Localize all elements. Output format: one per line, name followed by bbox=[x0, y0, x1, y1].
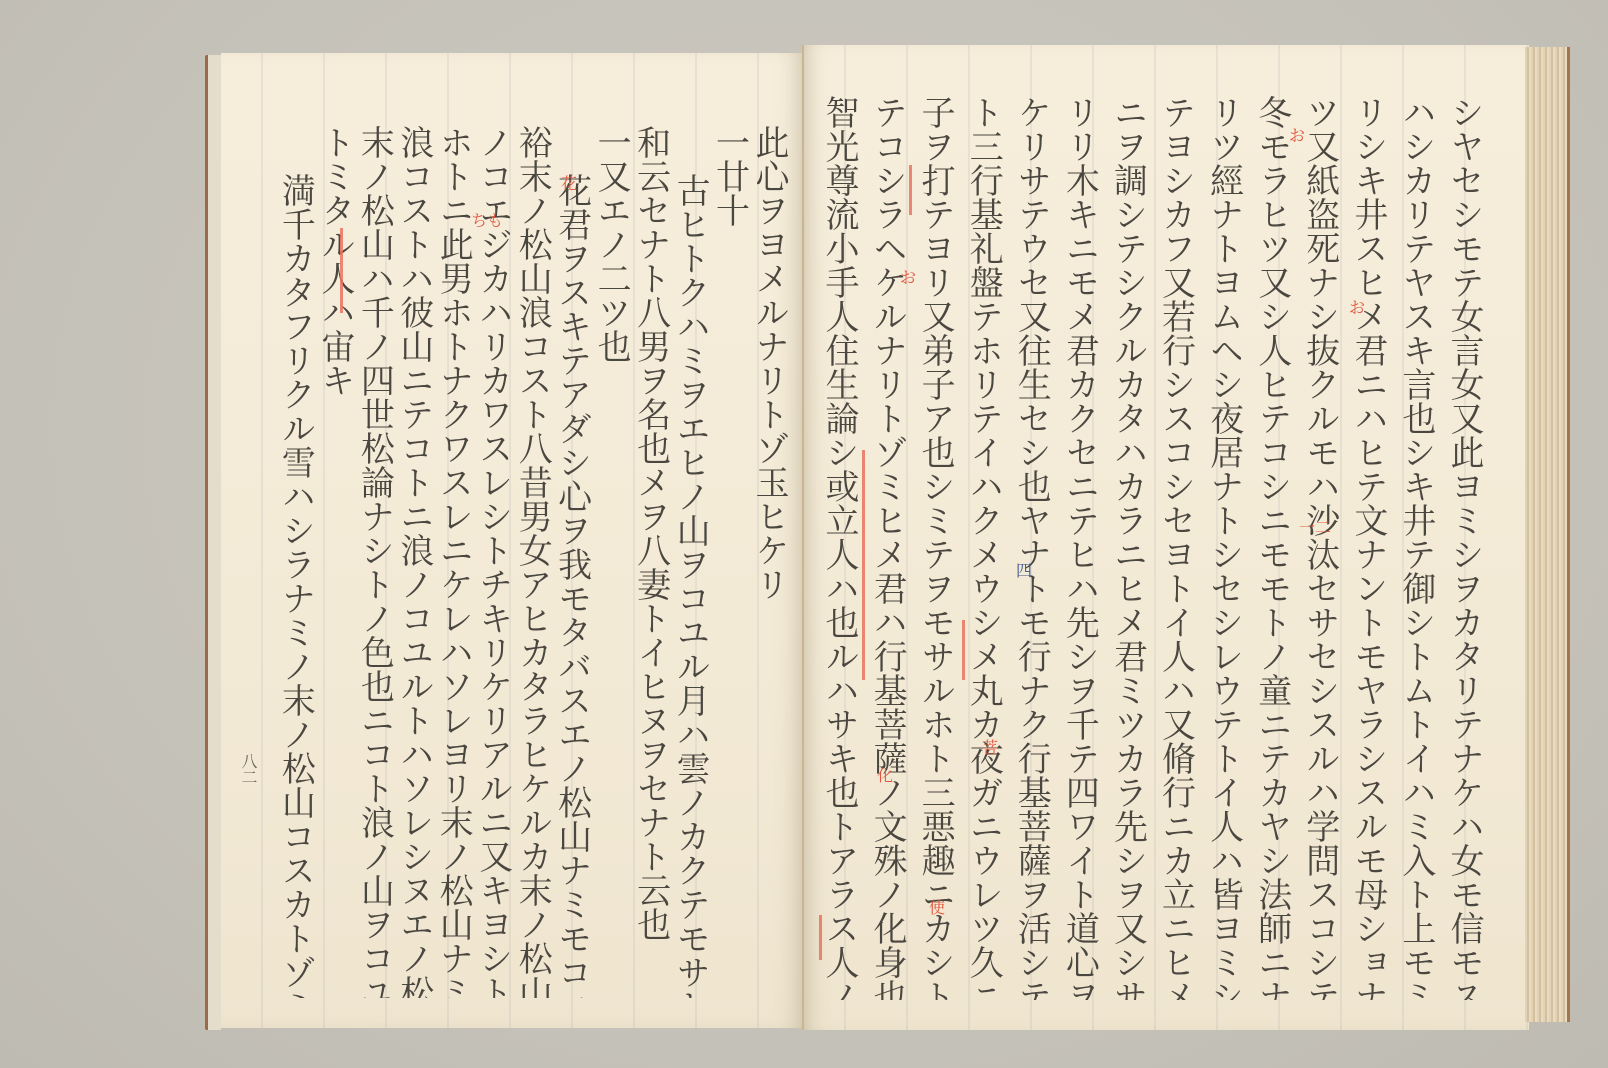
text-column: 花君ヲスキテアダシ心ヲ我モタバスエノ松山ナミモコエナム bbox=[557, 113, 596, 998]
red-sideline bbox=[340, 228, 343, 313]
text-column: ニヲ調シテシクルカタハカラニヒメ君ミツカラ先シヲ又シサテカクシテ行ヒア bbox=[1104, 83, 1152, 1000]
book-cover-left-edge bbox=[205, 55, 221, 1030]
red-sideline bbox=[962, 620, 965, 680]
text-column: 此心ヲヨメルナリトゾ玉ヒケリ bbox=[755, 113, 794, 998]
text-column: ケリサテウセ又往生セシ也ヤナトモ行ナク行基菩薩ヲ活シテ道可御トス bbox=[1008, 83, 1056, 1000]
red-annotation: お bbox=[900, 265, 916, 288]
text-column: ツ又紙盗死ナシ抜クルモハ沙汰セサセシスルハ学問スコシテ抑モヒトイヘハ bbox=[1297, 83, 1345, 1000]
text-column: 一廿十 bbox=[715, 113, 754, 998]
red-sideline bbox=[862, 450, 865, 680]
text-column: 末ノ松山ハ千ノ四世松論ナシトノ色也ニコト浪ノ山ヲコユルヤヤツミユル bbox=[360, 113, 399, 998]
red-annotation: お bbox=[1289, 123, 1305, 146]
red-annotation: 使 bbox=[929, 895, 945, 918]
open-book: 八二 此心ヲヨメルナリトゾ玉ヒケリ 一廿十 古ヒトクハミヲエヒノ山ヲコユル月ハ雲… bbox=[205, 45, 1570, 1045]
text-column: 冬モラヒツ又シ人ヒテコシニモモトノ童ニテカヤシ法師ニナルヘシトイ人ハ法師テ bbox=[1249, 83, 1297, 1000]
red-annotation: ちも bbox=[471, 208, 503, 231]
text-column: テコシラヘケルナリトゾミヒメ君ハ行基菩薩ノ文殊ノ化身也ニウクメ丸ハ智光也 bbox=[864, 83, 912, 1000]
text-column: ノコエジカハリカワスレシトチキリケリアルニ又キヨシト云 bbox=[478, 113, 517, 998]
text-column: 子ヲ打テヨリ又弟子ア也シミテヲモサルホト三悪趣ニカシトセニシカハ我方便シ bbox=[912, 83, 960, 1000]
text-column: ト三行基礼盤テホリテイハクメウシメ丸カ夜ガニウレツ久ニシナカリメカヘト云ケ bbox=[960, 83, 1008, 1000]
red-sideline bbox=[819, 915, 822, 960]
text-columns-left: 此心ヲヨメルナリトゾ玉ヒケリ 一廿十 古ヒトクハミヲエヒノ山ヲコユル月ハ雲ノカク… bbox=[281, 113, 794, 998]
text-column: 一又エノ二ツ也 bbox=[597, 113, 636, 998]
text-column: 浪コストハ彼山ニテコトニ浪ノコユルトハソレシヌエノ松山モコストヤントソ此 bbox=[399, 113, 438, 998]
text-column: 和云セナト八男ヲ名也メヲ八妻トイヒヌヲセナト云也 bbox=[636, 113, 675, 998]
red-annotation: 花 bbox=[561, 171, 577, 194]
right-page: シヤセシモテ女言女又此ヨミシヲカタリテナケハ女モ信モスキトミカリトスミ姫君 ハシ… bbox=[804, 45, 1529, 1030]
text-column: リリ木キニモメ君カクセニテヒハ先シヲ千テ四ワイト道心ヲ發シテ貴キ聖ニテリニ bbox=[1056, 83, 1104, 1000]
page-number: 八二 bbox=[237, 753, 260, 785]
text-column: 満千カタフリクル雪ハシラナミノ末ノ松山コスカトゾミユル bbox=[281, 113, 320, 998]
text-column: 裕末ノ松山浪コスト八昔男女アヒカタラヒケルカ末ノ松山ヲアノ山ヨリ浪 bbox=[518, 113, 557, 998]
red-annotation: 菩 bbox=[982, 735, 998, 758]
red-sideline bbox=[909, 165, 912, 215]
blue-annotation: 四 bbox=[1016, 558, 1032, 581]
text-column: リツ經ナトヨムヘシ夜居ナトシセシレウテトイ人ハ皆ヨミシツナヲ護身ナトスルヤウ bbox=[1201, 83, 1249, 1000]
text-column: リシキ井スヒメ君ニハヒテ文ナントモヤラシスルモ母ショナストイ二ヽ旨ニナラヒ bbox=[1345, 83, 1393, 1000]
text-column: 智光尊流小手人住生論シ或立人ハ也ルハサキ也トアラス人ノ文殊菩薩ヲ養シ bbox=[816, 83, 864, 1000]
text-column: ハシカリテヤスキ言也シキ井テ御シトムトイハミ入ト上モミ恭リ悦テモトノコト bbox=[1393, 83, 1441, 1000]
text-columns-right: シヤセシモテ女言女又此ヨミシヲカタリテナケハ女モ信モスキトミカリトスミ姫君 ハシ… bbox=[816, 83, 1489, 1000]
left-page: 八二 此心ヲヨメルナリトゾ玉ヒケリ 一廿十 古ヒトクハミヲエヒノ山ヲコユル月ハ雲… bbox=[221, 53, 804, 1028]
text-column: ホトニ此男ホトナクワスレニケレハソレヨリ末ノ松山ナミコストイヘリ有云 bbox=[439, 113, 478, 998]
text-column: 古ヒトクハミヲエヒノ山ヲコユル月ハ雲ノカクテモサヤニラクヒツ bbox=[676, 113, 715, 998]
red-annotation: 化 bbox=[877, 763, 893, 786]
page-block-edge bbox=[1525, 47, 1570, 1022]
red-annotation: 一二 bbox=[1299, 515, 1331, 538]
text-column: テヨシカフ又若行シスコシセヨトイ人ハ又脩行ニカ立ニヒメ君ヲハシミテ友ノカ bbox=[1152, 83, 1200, 1000]
text-column: シヤセシモテ女言女又此ヨミシヲカタリテナケハ女モ信モスキトミカリトスミ姫君 bbox=[1441, 83, 1489, 1000]
red-annotation: お bbox=[1349, 295, 1365, 318]
